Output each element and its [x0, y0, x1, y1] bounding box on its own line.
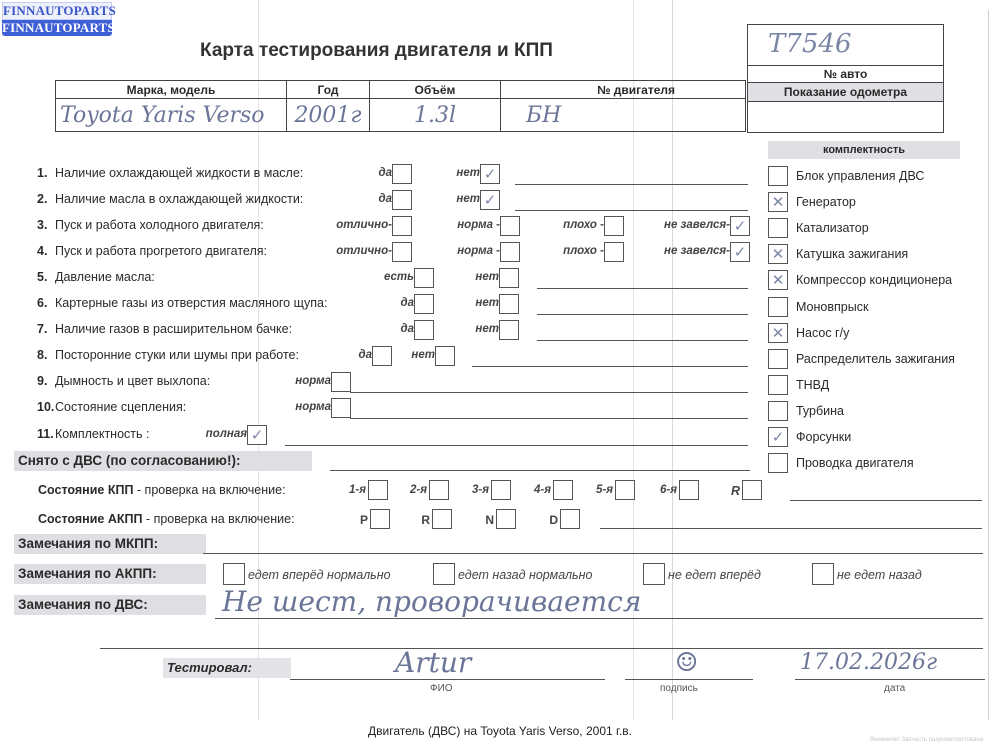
tested-by-label: Тестировал: [163, 658, 291, 678]
page-title: Карта тестирования двигателя и КПП [200, 40, 553, 62]
gear-checkbox[interactable] [615, 480, 635, 500]
check-row: 3.Пуск и работа холодного двигателя: [37, 218, 264, 232]
check-option-label: да [358, 349, 372, 361]
check-row: 8.Посторонние стуки или шумы при работе: [37, 348, 299, 362]
check-option-label: нет [456, 167, 480, 179]
check-number: 7. [37, 322, 55, 336]
check-option-label: норма [295, 375, 331, 387]
check-option-box[interactable] [392, 164, 412, 184]
check-option-label: не завелся- [664, 245, 730, 257]
check-notes-line[interactable] [537, 288, 748, 289]
akpp-position-checkbox[interactable] [560, 509, 580, 529]
gear-label: 6-я [660, 484, 677, 496]
completeness-checkbox[interactable] [768, 166, 788, 186]
check-label: Картерные газы из отверстия масляного щу… [55, 296, 327, 310]
check-label: Наличие охлаждающей жидкости в масле: [55, 166, 303, 180]
check-option-label: да [378, 193, 392, 205]
value-volume: 1.3l [370, 99, 501, 132]
check-notes-line[interactable] [515, 184, 748, 185]
akpp-remark-checkbox[interactable] [223, 563, 245, 585]
check-option-box[interactable]: ✓ [480, 164, 500, 184]
signature-line[interactable] [625, 679, 753, 680]
check-notes-line[interactable] [515, 210, 748, 211]
date-line[interactable] [795, 679, 985, 680]
check-number: 5. [37, 270, 55, 284]
check-number: 1. [37, 166, 55, 180]
gear-checkbox[interactable] [491, 480, 511, 500]
dvs-remarks-line[interactable] [215, 618, 983, 619]
check-option-label: отлично- [336, 245, 392, 257]
check-option-box[interactable] [604, 216, 624, 236]
check-option-box[interactable] [500, 242, 520, 262]
check-option-box[interactable] [500, 216, 520, 236]
check-label: Давление масла: [55, 270, 155, 284]
completeness-item-label: Генератор [796, 195, 856, 209]
gear-label: 5-я [596, 484, 613, 496]
dvs-remarks-text: Не шест, проворачивается [222, 585, 641, 618]
akpp-remark-checkbox[interactable] [812, 563, 834, 585]
check-option-box[interactable] [392, 242, 412, 262]
removed-parts-label: Снято с ДВС (по согласованию!): [14, 451, 312, 471]
car-number-box: T7546 № авто Показание одометра [747, 24, 944, 102]
check-notes-line[interactable] [285, 445, 748, 446]
check-option-label: есть [384, 271, 414, 283]
removed-parts-line[interactable] [330, 470, 750, 471]
check-option-label: полная [206, 428, 247, 440]
check-option-box[interactable] [604, 242, 624, 262]
check-label: Состояние сцепления: [55, 400, 186, 414]
header-make-model: Марка, модель [56, 81, 287, 99]
completeness-checkbox[interactable] [768, 297, 788, 317]
check-option-box[interactable] [499, 320, 519, 340]
check-label: Посторонние стуки или шумы при работе: [55, 348, 299, 362]
akpp-position-label: N [485, 513, 494, 527]
check-number: 9. [37, 374, 55, 388]
vehicle-info-table: Марка, модель Год Объём № двигателя Toyo… [55, 80, 746, 132]
gear-checkbox[interactable] [553, 480, 573, 500]
gear-label: 2-я [410, 484, 427, 496]
date-caption: дата [884, 683, 905, 694]
check-option-box[interactable]: ✓ [730, 242, 750, 262]
completeness-checkbox[interactable] [768, 401, 788, 421]
value-engine-number: БН [501, 99, 746, 132]
check-option-box[interactable] [331, 372, 351, 392]
odometer-label: Показание одометра [748, 82, 943, 101]
akpp-label-rest: - проверка на включение: [142, 512, 294, 526]
check-option-box[interactable] [392, 216, 412, 236]
check-number: 8. [37, 348, 55, 362]
gear-label: 4-я [534, 484, 551, 496]
completeness-checkbox[interactable] [768, 218, 788, 238]
kpp-label-rest: - проверка на включение: [133, 483, 285, 497]
completeness-item-label: Компрессор кондиционера [796, 273, 952, 287]
check-number: 2. [37, 192, 55, 206]
check-option-label: да [400, 323, 414, 335]
check-number: 10. [37, 400, 55, 414]
check-option-label: норма - [457, 219, 500, 231]
check-label: Дымность и цвет выхлопа: [55, 374, 210, 388]
akpp-remark-option-label: едет вперёд нормально [248, 568, 391, 582]
completeness-header: комплектность [768, 141, 960, 159]
check-option-box[interactable] [414, 294, 434, 314]
check-option-label: да [400, 297, 414, 309]
gear-checkbox[interactable] [429, 480, 449, 500]
check-option-label: нет [475, 323, 499, 335]
check-row: 6.Картерные газы из отверстия масляного … [37, 296, 327, 310]
akpp-remark-checkbox[interactable] [643, 563, 665, 585]
check-notes-line[interactable] [537, 340, 748, 341]
completeness-checkbox[interactable] [768, 375, 788, 395]
akpp-position-label: R [421, 513, 430, 527]
check-option-box[interactable] [435, 346, 455, 366]
check-option-box[interactable] [331, 398, 351, 418]
check-option-box[interactable] [414, 268, 434, 288]
completeness-item-label: ТНВД [796, 378, 829, 392]
name-caption: ФИО [430, 683, 453, 694]
check-row: 2.Наличие масла в охлаждающей жидкости: [37, 192, 303, 206]
car-number-value: T7546 [768, 29, 852, 59]
completeness-item-label: Блок управления ДВС [796, 169, 924, 183]
check-option-label: плохо - [563, 219, 604, 231]
check-row: 7.Наличие газов в расширительном бачке: [37, 322, 292, 336]
header-volume: Объём [370, 81, 501, 99]
check-option-box[interactable] [499, 294, 519, 314]
check-option-label: отлично- [336, 219, 392, 231]
header-year: Год [287, 81, 370, 99]
check-label: Наличие масла в охлаждающей жидкости: [55, 192, 303, 206]
completeness-checkbox[interactable]: ✓ [768, 427, 788, 447]
check-row: 4.Пуск и работа прогретого двигателя: [37, 244, 267, 258]
check-option-label: не завелся- [664, 219, 730, 231]
check-row: 9.Дымность и цвет выхлопа: [37, 374, 210, 388]
check-number: 6. [37, 296, 55, 310]
akpp-check-label: Состояние АКПП - проверка на включение: [38, 512, 295, 526]
completeness-item-label: Турбина [796, 404, 844, 418]
car-number-label: № авто [748, 65, 943, 83]
logo-line-1: FINNAUTOPARTS [2, 2, 112, 20]
check-option-label: норма [295, 401, 331, 413]
image-caption: Двигатель (ДВС) на Toyota Yaris Verso, 2… [0, 724, 1000, 738]
kpp-check-label: Состояние КПП - проверка на включение: [38, 483, 286, 497]
check-row: 10.Состояние сцепления: [37, 400, 186, 414]
check-row: 1.Наличие охлаждающей жидкости в масле: [37, 166, 303, 180]
check-option-box[interactable] [372, 346, 392, 366]
check-option-label: плохо - [563, 245, 604, 257]
completeness-item-label: Насос г/у [796, 326, 849, 340]
mkpp-remarks-label: Замечания по МКПП: [14, 534, 206, 554]
check-option-box[interactable] [392, 190, 412, 210]
completeness-item-label: Катушка зажигания [796, 247, 908, 261]
check-row: 5.Давление масла: [37, 270, 155, 284]
gear-label: 1-я [349, 484, 366, 496]
completeness-checkbox[interactable] [768, 349, 788, 369]
akpp-position-checkbox[interactable] [370, 509, 390, 529]
akpp-remark-option-label: едет назад нормально [458, 568, 592, 582]
completeness-item-label: Катализатор [796, 221, 869, 235]
completeness-checkbox[interactable] [768, 453, 788, 473]
odometer-value [747, 100, 944, 133]
logo[interactable]: FINNAUTOPARTS FINNAUTOPARTS [2, 2, 112, 36]
check-option-box[interactable] [414, 320, 434, 340]
completeness-item-label: Моновпрыск [796, 300, 868, 314]
akpp-position-label: P [360, 513, 368, 527]
check-option-box[interactable] [499, 268, 519, 288]
test-date: 17.02.2026г [800, 650, 937, 675]
check-number: 3. [37, 218, 55, 232]
akpp-remark-checkbox[interactable] [433, 563, 455, 585]
gear-checkbox[interactable] [368, 480, 388, 500]
dvs-remarks-line-2 [100, 648, 983, 649]
check-label: Пуск и работа прогретого двигателя: [55, 244, 267, 258]
check-number: 11. [37, 427, 55, 441]
akpp-remark-option-label: не едет назад [837, 568, 922, 582]
completeness-checkbox[interactable]: ✕ [768, 244, 788, 264]
check-notes-line[interactable] [537, 314, 748, 315]
completeness-item-label: Проводка двигателя [796, 456, 914, 470]
completeness-checkbox[interactable]: ✕ [768, 192, 788, 212]
check-option-label: нет [475, 271, 499, 283]
check-notes-line[interactable] [350, 418, 748, 419]
akpp-remarks-label: Замечания по АКПП: [14, 564, 206, 584]
check-option-box[interactable]: ✓ [247, 425, 267, 445]
page-edge [988, 10, 989, 720]
kpp-label-bold: Состояние КПП [38, 483, 133, 497]
akpp-position-label: D [549, 513, 558, 527]
value-year: 2001г [287, 99, 370, 132]
check-notes-line[interactable] [350, 392, 748, 393]
check-option-box[interactable]: ✓ [480, 190, 500, 210]
check-row: 11.Комплектность : [37, 427, 149, 441]
logo-line-2: FINNAUTOPARTS [2, 20, 112, 36]
check-label: Наличие газов в расширительном бачке: [55, 322, 292, 336]
completeness-item-label: Распределитель зажигания [796, 352, 955, 366]
value-make-model: Toyota Yaris Verso [56, 99, 287, 132]
check-option-label: нет [475, 297, 499, 309]
akpp-notes-line[interactable] [600, 528, 982, 529]
name-line[interactable] [290, 679, 605, 680]
signature: ☺ [675, 648, 698, 678]
signature-caption: подпись [660, 683, 698, 694]
check-option-label: да [378, 167, 392, 179]
mkpp-remarks-line[interactable] [203, 553, 983, 554]
check-option-label: нет [456, 193, 480, 205]
completeness-checkbox[interactable]: ✕ [768, 323, 788, 343]
completeness-checkbox[interactable]: ✕ [768, 270, 788, 290]
check-option-label: нет [411, 349, 435, 361]
dvs-remarks-label: Замечания по ДВС: [14, 595, 206, 615]
watermark: Внимание! Запчасть разукомплектована [870, 737, 983, 743]
check-number: 4. [37, 244, 55, 258]
akpp-label-bold: Состояние АКПП [38, 512, 142, 526]
kpp-notes-line[interactable] [790, 500, 982, 501]
gear-label: 3-я [472, 484, 489, 496]
check-option-label: норма - [457, 245, 500, 257]
check-option-box[interactable]: ✓ [730, 216, 750, 236]
akpp-position-checkbox[interactable] [496, 509, 516, 529]
check-label: Комплектность : [55, 427, 149, 441]
check-label: Пуск и работа холодного двигателя: [55, 218, 264, 232]
header-engine-number: № двигателя [501, 81, 746, 99]
tester-name: Artur [395, 646, 471, 679]
akpp-remark-option-label: не едет вперёд [668, 568, 761, 582]
check-notes-line[interactable] [472, 366, 748, 367]
completeness-item-label: Форсунки [796, 430, 851, 444]
gear-checkbox[interactable] [679, 480, 699, 500]
akpp-position-checkbox[interactable] [432, 509, 452, 529]
gear-checkbox[interactable] [742, 480, 762, 500]
gear-label: R [731, 484, 740, 498]
